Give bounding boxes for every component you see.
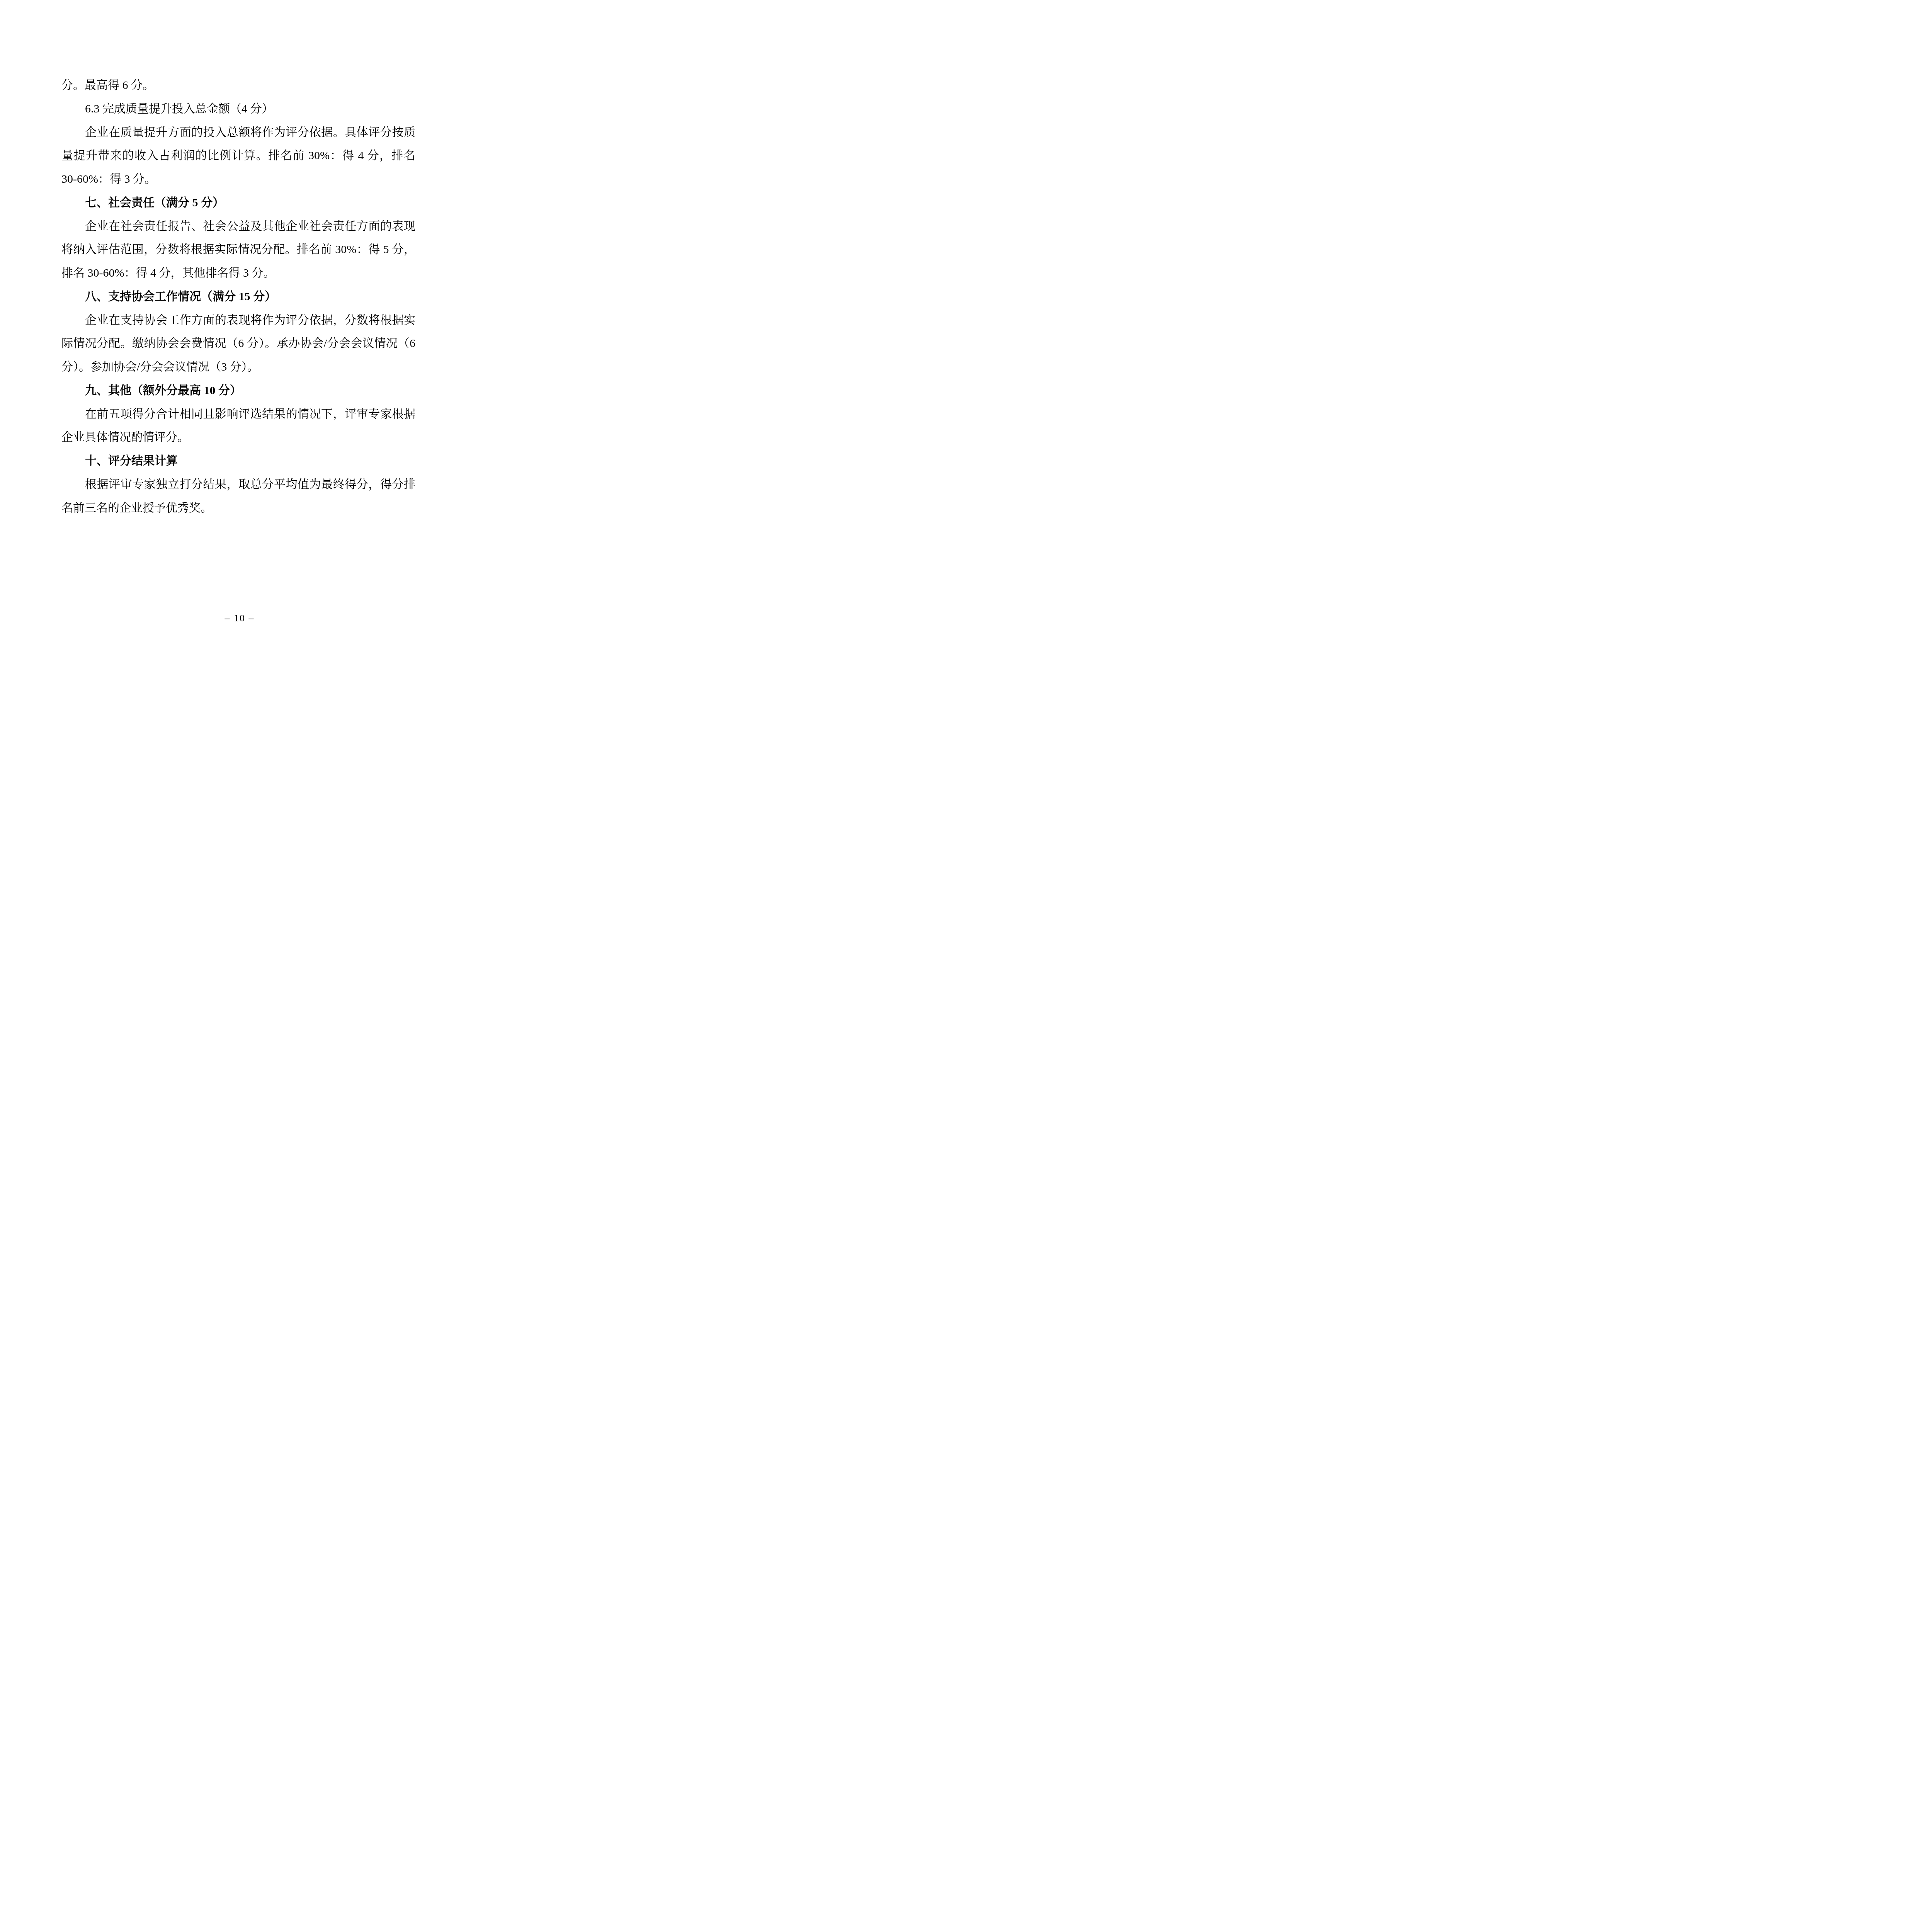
text-line: 企业在支持协会工作方面的表现将作为评分依据，分数将根据实 [61,309,415,332]
page-footer: – 10 – [0,612,479,624]
text-line: 将纳入评估范围，分数将根据实际情况分配。排名前 30%：得 5 分， [61,238,415,262]
text-line: 6.3 完成质量提升投入总金额（4 分） [61,97,415,121]
text-line: 排名 30-60%：得 4 分，其他排名得 3 分。 [61,262,415,285]
heading-line: 七、社会责任（满分 5 分） [61,191,415,215]
text-line: 企业具体情况酌情评分。 [61,426,415,449]
text-line: 根据评审专家独立打分结果，取总分平均值为最终得分，得分排 [61,473,415,497]
text-line: 分）。参加协会/分会会议情况（3 分）。 [61,355,415,379]
text-line: 分。最高得 6 分。 [61,74,415,97]
text-line: 企业在质量提升方面的投入总额将作为评分依据。具体评分按质 [61,121,415,145]
text-line: 际情况分配。缴纳协会会费情况（6 分）。承办协会/分会会议情况（6 [61,332,415,355]
text-line: 企业在社会责任报告、社会公益及其他企业社会责任方面的表现 [61,215,415,238]
heading-line: 九、其他（额外分最高 10 分） [61,379,415,403]
text-line: 30-60%：得 3 分。 [61,168,415,191]
heading-line: 八、支持协会工作情况（满分 15 分） [61,285,415,309]
heading-line: 十、评分结果计算 [61,449,415,473]
text-line: 名前三名的企业授予优秀奖。 [61,497,415,520]
document-page: 分。最高得 6 分。6.3 完成质量提升投入总金额（4 分）企业在质量提升方面的… [0,0,479,678]
text-line: 量提升带来的收入占利润的比例计算。排名前 30%：得 4 分，排名 [61,144,415,168]
document-body: 分。最高得 6 分。6.3 完成质量提升投入总金额（4 分）企业在质量提升方面的… [61,74,415,520]
page-number: – 10 – [225,612,255,624]
text-line: 在前五项得分合计相同且影响评选结果的情况下，评审专家根据 [61,403,415,426]
